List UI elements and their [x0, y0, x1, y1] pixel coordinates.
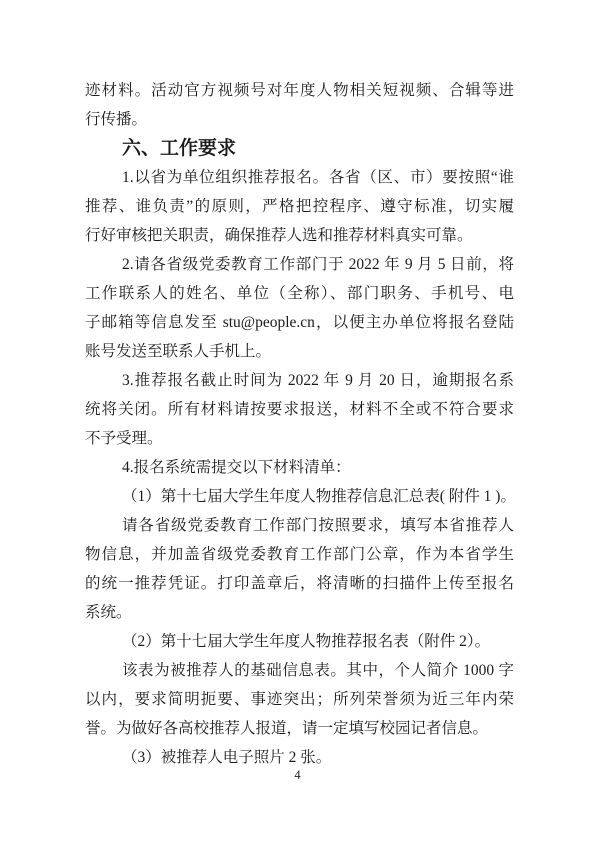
para-attachment-1-note-line-3: 的统一推荐凭证。打印盖章后，将清晰的扫描件上传至报名	[85, 569, 514, 598]
para-continuation-line-2: 行传播。	[85, 105, 514, 134]
para-attachment-2-note-line-1: 该表为被推荐人的基础信息表。其中，个人简介 1000 字	[85, 656, 514, 685]
para-item-2-line-4: 账号发送至联系人手机上。	[85, 337, 514, 366]
document-body: 迹材料。活动官方视频号对年度人物相关短视频、合辑等进行传播。六、工作要求1.以省…	[85, 76, 514, 772]
heading-section-6-line-1: 六、工作要求	[85, 134, 514, 163]
para-item-4-line-1: 4.报名系统需提交以下材料清单：	[85, 453, 514, 482]
para-item-3-line-2: 统将关闭。所有材料请按要求报送，材料不全或不符合要求	[85, 395, 514, 424]
para-attachment-2-note-line-2: 以内，要求简明扼要、事迹突出；所列荣誉须为近三年内荣	[85, 685, 514, 714]
para-attachment-2-line-1: （2）第十七届大学生年度人物推荐报名表（附件 2）。	[85, 627, 514, 656]
para-item-2-line-1: 2.请各省级党委教育工作部门于 2022 年 9 月 5 日前，将	[85, 250, 514, 279]
para-attachment-1-note-line-2: 物信息，并加盖省级党委教育工作部门公章，作为本省学生	[85, 540, 514, 569]
para-item-1-line-3: 行好审核把关职责，确保推荐人选和推荐材料真实可靠。	[85, 221, 514, 250]
para-item-3-line-3: 不予受理。	[85, 424, 514, 453]
para-attachment-2-note-line-3: 誉。为做好各高校推荐人报道，请一定填写校园记者信息。	[85, 714, 514, 743]
page-number: 4	[0, 768, 595, 783]
para-item-3-line-1: 3.推荐报名截止时间为 2022 年 9 月 20 日，逾期报名系	[85, 366, 514, 395]
document-page: 迹材料。活动官方视频号对年度人物相关短视频、合辑等进行传播。六、工作要求1.以省…	[0, 0, 595, 842]
para-item-1-line-2: 推荐、谁负责”的原则，严格把控程序、遵守标准，切实履	[85, 192, 514, 221]
para-item-2-line-3: 子邮箱等信息发至 stu@people.cn，以便主办单位将报名登陆	[85, 308, 514, 337]
para-attachment-1-note-line-4: 系统。	[85, 598, 514, 627]
para-attachment-1-line-1: （1）第十七届大学生年度人物推荐信息汇总表( 附件 1 )。	[85, 482, 514, 511]
para-continuation-line-1: 迹材料。活动官方视频号对年度人物相关短视频、合辑等进	[85, 76, 514, 105]
para-item-2-line-2: 工作联系人的姓名、单位（全称）、部门职务、手机号、电	[85, 279, 514, 308]
para-attachment-1-note-line-1: 请各省级党委教育工作部门按照要求，填写本省推荐人	[85, 511, 514, 540]
para-item-1-line-1: 1.以省为单位组织推荐报名。各省（区、市）要按照“谁	[85, 163, 514, 192]
